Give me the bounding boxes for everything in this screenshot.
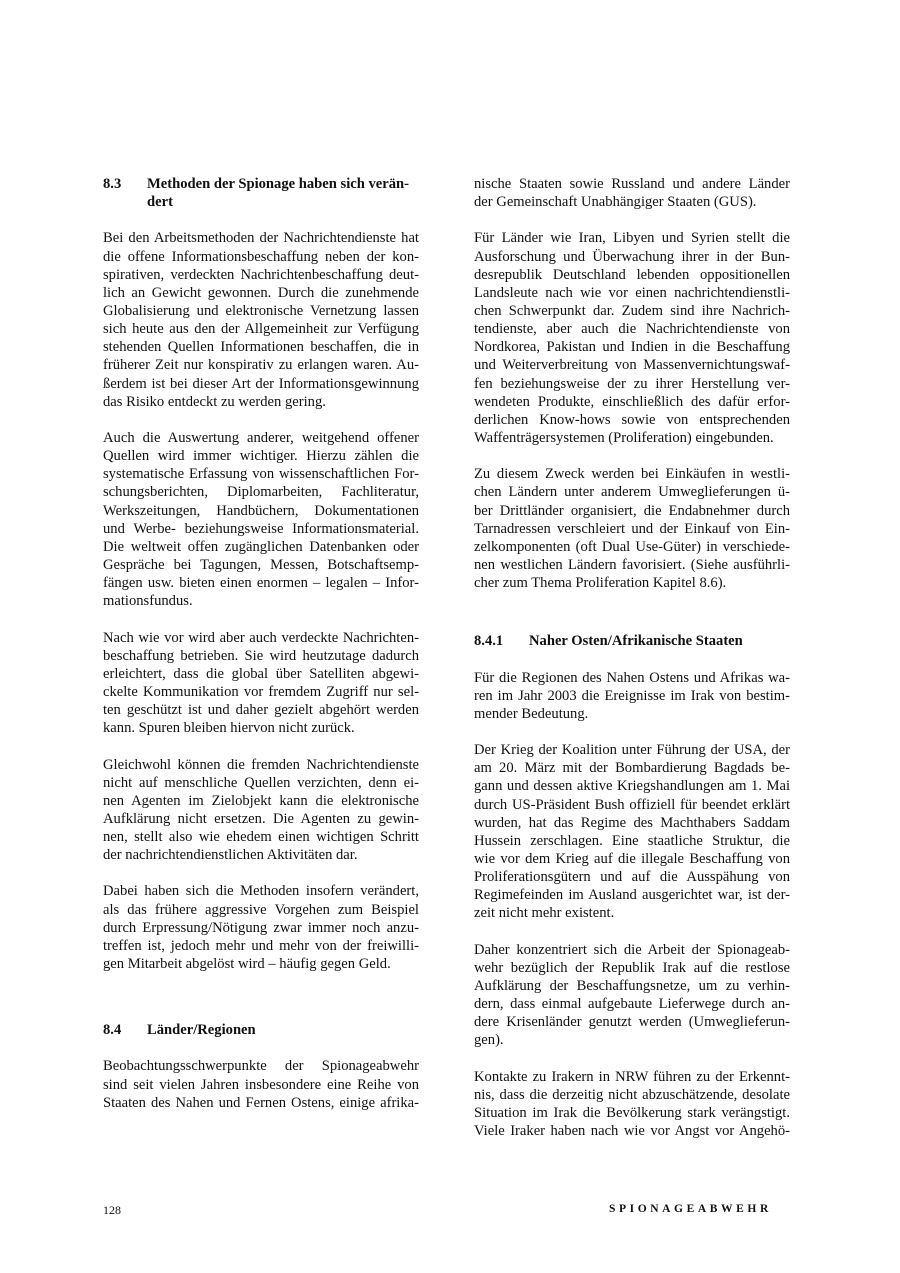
- text-line: gen).: [474, 1031, 790, 1049]
- text-line: Gleichwohl können die fremden Nachrichte…: [103, 756, 419, 774]
- text-line: Proliferationsgütern und auf die Ausspäh…: [474, 868, 790, 886]
- text-line: Tarnadressen verschleiert und der Einkau…: [474, 520, 790, 538]
- right-column: nische Staaten sowie Russland und andere…: [474, 175, 790, 1158]
- section-heading-8-4-1: 8.4.1 Naher Osten/Afrikanische Staaten: [474, 632, 790, 650]
- text-line: Kontakte zu Irakern in NRW führen zu der…: [474, 1068, 790, 1086]
- text-line: zeit nicht mehr existent.: [474, 904, 790, 922]
- text-line: nicht auf menschliche Quellen verzichten…: [103, 774, 419, 792]
- text-line: ßerdem ist bei dieser Art der Informatio…: [103, 375, 419, 393]
- paragraph: Nach wie vor wird aber auch verdeckte Na…: [103, 629, 419, 738]
- text-line: ber Drittländer organisiert, die Endabne…: [474, 502, 790, 520]
- text-line: chen Ländern unter anderem Umweglieferun…: [474, 483, 790, 501]
- text-line: nen, stellt also wie ehedem einen wichti…: [103, 828, 419, 846]
- text-line: Aufklärung nicht ersetzen. Die Agenten z…: [103, 810, 419, 828]
- section-title-line: dert: [147, 193, 419, 211]
- section-title: Länder/Regionen: [147, 1021, 419, 1039]
- paragraph: Beobachtungsschwerpunkte der Spionageabw…: [103, 1057, 419, 1111]
- text-line: Nach wie vor wird aber auch verdeckte Na…: [103, 629, 419, 647]
- text-line: Viele Iraker haben nach wie vor Angst vo…: [474, 1122, 790, 1140]
- text-line: derlichen Know-hows sowie von entspreche…: [474, 411, 790, 429]
- paragraph: Bei den Arbeitsmethoden der Nachrichtend…: [103, 229, 419, 410]
- text-line: systematische Erfassung von wissenschaft…: [103, 465, 419, 483]
- text-line: Landsleute nach wie vor einen nachrichte…: [474, 284, 790, 302]
- text-line: stehenden Quellen Informationen beschaff…: [103, 338, 419, 356]
- text-line: Für Länder wie Iran, Libyen und Syrien s…: [474, 229, 790, 247]
- text-line: mationsfundus.: [103, 592, 419, 610]
- text-line: wendeten Produkte, einschließlich des da…: [474, 393, 790, 411]
- paragraph: Dabei haben sich die Methoden insofern v…: [103, 882, 419, 973]
- text-line: wehr bezüglich der Republik Irak auf die…: [474, 959, 790, 977]
- paragraph: Kontakte zu Irakern in NRW führen zu der…: [474, 1068, 790, 1141]
- text-line: Dabei haben sich die Methoden insofern v…: [103, 882, 419, 900]
- text-line: nische Staaten sowie Russland und andere…: [474, 175, 790, 193]
- section-heading-8-4: 8.4 Länder/Regionen: [103, 1021, 419, 1039]
- section-title-line: Methoden der Spionage haben sich verän-: [147, 175, 419, 193]
- text-line: Werkszeitungen, Handbüchern, Dokumentati…: [103, 502, 419, 520]
- text-line: Daher konzentriert sich die Arbeit der S…: [474, 941, 790, 959]
- text-line: nen Agenten im Zielobjekt kann die elekt…: [103, 792, 419, 810]
- document-page: 8.3 Methoden der Spionage haben sich ver…: [0, 0, 900, 1273]
- text-line: Gespräche bei Tagungen, Messen, Botschaf…: [103, 556, 419, 574]
- text-line: Waffenträgersystemen (Proliferation) ein…: [474, 429, 790, 447]
- paragraph: Zu diesem Zweck werden bei Einkäufen in …: [474, 465, 790, 592]
- text-line: Die weltweit offen zugänglichen Datenban…: [103, 538, 419, 556]
- text-line: nis, dass die derzeitig nicht abzuschätz…: [474, 1086, 790, 1104]
- text-line: lich an Gewicht gewonnen. Durch die zune…: [103, 284, 419, 302]
- text-line: Beobachtungsschwerpunkte der Spionageabw…: [103, 1057, 419, 1075]
- text-line: Nordkorea, Pakistan und Indien in die Be…: [474, 338, 790, 356]
- text-line: Quellen wird immer wichtiger. Hierzu zäh…: [103, 447, 419, 465]
- text-line: und Werbe- beziehungsweise Informationsm…: [103, 520, 419, 538]
- text-line: Hussein zerschlagen. Eine staatliche Str…: [474, 832, 790, 850]
- text-line: kann. Spuren bleiben hiervon nicht zurüc…: [103, 719, 419, 737]
- text-line: Globalisierung und elektronische Vernetz…: [103, 302, 419, 320]
- text-line: die offene Informationsbeschaffung neben…: [103, 248, 419, 266]
- paragraph: Auch die Auswertung anderer, weitgehend …: [103, 429, 419, 610]
- text-line: tendienste, aber auch die Nachrichtendie…: [474, 320, 790, 338]
- text-line: dern, dass einmal aufgebaute Lieferwege …: [474, 995, 790, 1013]
- text-line: Auch die Auswertung anderer, weitgehend …: [103, 429, 419, 447]
- text-line: spirativen, verdeckten Nachrichtenbescha…: [103, 266, 419, 284]
- text-line: früherer Zeit nur konspirativ zu erlange…: [103, 356, 419, 374]
- left-column: 8.3 Methoden der Spionage haben sich ver…: [103, 175, 419, 1130]
- text-line: und Weiterverbreitung von Massenvernicht…: [474, 356, 790, 374]
- text-line: ten geschützt ist und daher gezielt abge…: [103, 701, 419, 719]
- text-line: chen Schwerpunkt dar. Zudem sind ihre Na…: [474, 302, 790, 320]
- paragraph: nische Staaten sowie Russland und andere…: [474, 175, 790, 211]
- running-title: SPIONAGEABWEHR: [609, 1203, 772, 1215]
- page-number: 128: [103, 1203, 121, 1218]
- section-heading-8-3: 8.3 Methoden der Spionage haben sich ver…: [103, 175, 419, 211]
- text-line: beschaffung betrieben. Sie wird heutzuta…: [103, 647, 419, 665]
- section-number: 8.4: [103, 1021, 121, 1039]
- text-line: fen beziehungsweise der zu ihrer Herstel…: [474, 375, 790, 393]
- text-line: erleichtert, dass die global über Satell…: [103, 665, 419, 683]
- text-line: durch US-Präsident Bush offiziell für be…: [474, 796, 790, 814]
- text-line: ckelte Kommunikation vor fremdem Zugriff…: [103, 683, 419, 701]
- text-line: als das frühere aggressive Vorgehen zum …: [103, 901, 419, 919]
- text-line: nen westlichen Ländern favorisiert. (Sie…: [474, 556, 790, 574]
- text-line: gann und dessen aktive Kriegshandlungen …: [474, 777, 790, 795]
- text-line: Für die Regionen des Nahen Ostens und Af…: [474, 669, 790, 687]
- text-line: Staaten des Nahen und Fernen Ostens, ein…: [103, 1094, 419, 1112]
- text-line: das Risiko entdeckt zu werden gering.: [103, 393, 419, 411]
- text-line: Ausforschung und Überwachung ihrer in de…: [474, 248, 790, 266]
- section-title: Naher Osten/Afrikanische Staaten: [529, 632, 790, 650]
- text-line: Situation im Irak die Bevölkerung stark …: [474, 1104, 790, 1122]
- text-line: mender Bedeutung.: [474, 705, 790, 723]
- section-number: 8.3: [103, 175, 121, 193]
- section-number: 8.4.1: [474, 632, 503, 650]
- text-line: Aufklärung der Beschaffungsnetze, um zu …: [474, 977, 790, 995]
- paragraph: Gleichwohl können die fremden Nachrichte…: [103, 756, 419, 865]
- text-line: am 20. März mit der Bombardierung Bagdad…: [474, 759, 790, 777]
- text-line: cher zum Thema Proliferation Kapitel 8.6…: [474, 574, 790, 592]
- text-line: der Gemeinschaft Unabhängiger Staaten (G…: [474, 193, 790, 211]
- text-line: Bei den Arbeitsmethoden der Nachrichtend…: [103, 229, 419, 247]
- text-line: der nachrichtendienstlichen Aktivitäten …: [103, 846, 419, 864]
- text-line: fängen usw. bieten einen enormen – legal…: [103, 574, 419, 592]
- paragraph: Daher konzentriert sich die Arbeit der S…: [474, 941, 790, 1050]
- text-line: Der Krieg der Koalition unter Führung de…: [474, 741, 790, 759]
- text-line: sich heute aus den der Allgemeinheit zur…: [103, 320, 419, 338]
- text-line: Regimefeinden im Ausland ausgerichtet wa…: [474, 886, 790, 904]
- text-line: durch Erpressung/Nötigung zwar immer noc…: [103, 919, 419, 937]
- text-line: wie vor dem Krieg auf die illegale Besch…: [474, 850, 790, 868]
- paragraph: Für die Regionen des Nahen Ostens und Af…: [474, 669, 790, 723]
- text-line: wurden, hat das Regime des Machthabers S…: [474, 814, 790, 832]
- paragraph: Der Krieg der Koalition unter Führung de…: [474, 741, 790, 922]
- text-line: Zu diesem Zweck werden bei Einkäufen in …: [474, 465, 790, 483]
- text-line: schungsberichten, Diplomarbeiten, Fachli…: [103, 483, 419, 501]
- text-line: ren im Jahr 2003 die Ereignisse im Irak …: [474, 687, 790, 705]
- text-line: treffen ist, jedoch mehr und mehr von de…: [103, 937, 419, 955]
- text-line: dere Krisenländer genutzt werden (Umwegl…: [474, 1013, 790, 1031]
- text-line: gen Mitarbeit abgelöst wird – häufig geg…: [103, 955, 419, 973]
- text-line: desrepublik Deutschland lebenden opposit…: [474, 266, 790, 284]
- text-line: zelkomponenten (oft Dual Use-Güter) in v…: [474, 538, 790, 556]
- text-line: sind seit vielen Jahren insbesondere ein…: [103, 1076, 419, 1094]
- paragraph: Für Länder wie Iran, Libyen und Syrien s…: [474, 229, 790, 447]
